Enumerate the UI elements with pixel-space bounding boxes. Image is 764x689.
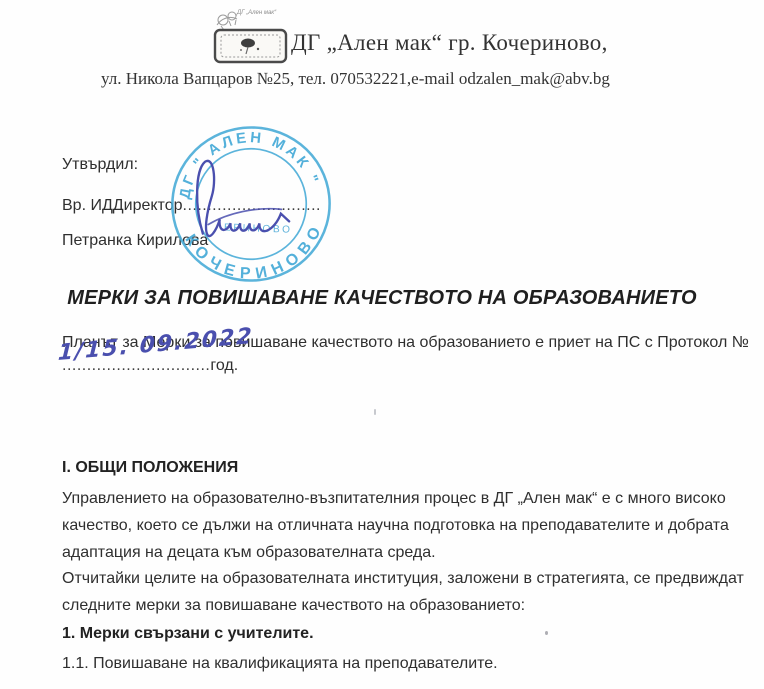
approved-label: Утвърдил: (62, 156, 138, 174)
round-stamp: ДГ " АЛЕН МАК " КОЧЕРИНОВО ЕРИНОВО (158, 116, 344, 293)
stamp-ring-top-text: ДГ " АЛЕН МАК " (171, 123, 322, 202)
address-line: ул. Никола Вапцаров №25, тел. 070532221,… (101, 69, 610, 89)
scan-speck-2 (374, 409, 376, 415)
logo-flower-sketch (217, 12, 237, 30)
school-logo: ДГ „Ален мак“ (211, 5, 295, 65)
item-1-1-line: 1.1. Повишаване на квалификацията на пре… (62, 655, 498, 673)
year-suffix: год. (210, 357, 238, 374)
paragraph-2-line-2: следните мерки за повишаване качеството … (62, 592, 744, 619)
paragraph-1-line-3: адаптация на децата към образователната … (62, 539, 729, 566)
school-logo-drawing: ДГ „Ален мак“ (211, 5, 295, 65)
section-1-heading: I. ОБЩИ ПОЛОЖЕНИЯ (62, 459, 238, 477)
scan-speck (545, 631, 548, 635)
paragraph-1-line-2: качество, което се дължи на отличната на… (62, 512, 729, 539)
svg-text:ДГ " АЛЕН МАК ": ДГ " АЛЕН МАК " (171, 123, 322, 202)
paragraph-2: Отчитайки целите на образователната инст… (62, 565, 744, 619)
paragraph-1-line-1: Управлението на образователно-възпитател… (62, 485, 729, 512)
document-title: МЕРКИ ЗА ПОВИШАВАНЕ КАЧЕСТВОТО НА ОБРАЗО… (0, 287, 764, 310)
item-1-heading: 1. Мерки свързани с учителите. (62, 625, 314, 643)
paragraph-1: Управлението на образователно-възпитател… (62, 485, 729, 566)
logo-caption: ДГ „Ален мак“ (236, 10, 277, 16)
scanned-document-page: ДГ „Ален мак“ ДГ „Ален мак“ гр. Кочерино… (0, 0, 764, 689)
paragraph-2-line-1: Отчитайки целите на образователната инст… (62, 565, 744, 592)
stamp-drawing: ДГ " АЛЕН МАК " КОЧЕРИНОВО ЕРИНОВО (158, 116, 344, 293)
org-name: ДГ „Ален мак“ гр. Кочериново, (291, 30, 608, 56)
